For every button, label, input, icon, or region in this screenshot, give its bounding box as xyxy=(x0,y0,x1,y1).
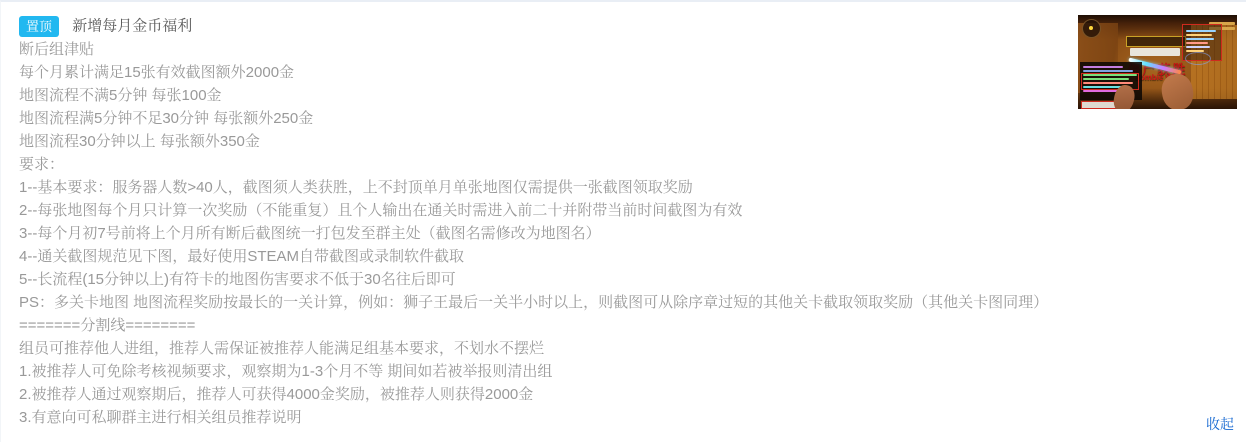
post-line: 每个月累计满足15张有效截图额外2000金 xyxy=(19,61,1079,84)
post-title: 新增每月金币福利 xyxy=(72,18,192,35)
divider-line: =======分割线======== xyxy=(19,314,1079,337)
post-line: 地图流程不满5分钟 每张100金 xyxy=(19,84,1079,107)
post-line: 地图流程30分钟以上 每张额外350金 xyxy=(19,130,1079,153)
post-card: 置顶 新增每月金币福利 断后组津贴 每个月累计满足15张有效截图额外2000金 … xyxy=(0,0,1246,442)
collapse-link[interactable]: 收起 xyxy=(1206,414,1234,434)
post-line: 2--每张地图每个月只计算一次奖励（不能重复）且个人输出在通关时需进入前二十并附… xyxy=(19,199,1079,222)
minimap-player-dot xyxy=(1089,26,1093,30)
post-line: 1--基本要求：服务器人数>40人，截图须人类获胜，上不封顶单月单张地图仅需提供… xyxy=(19,176,1079,199)
post-line: 4--通关截图规范见下图，最好使用STEAM自带截图或录制软件截取 xyxy=(19,245,1079,268)
post-line: 3.有意向可私聊群主进行相关组员推荐说明 xyxy=(19,406,1079,429)
post-line: 断后组津贴 xyxy=(19,38,1079,61)
post-line: 5--长流程(15分钟以上)有符卡的地图伤害要求不低于30名往后即可 xyxy=(19,268,1079,291)
post-line: 3--每个月初7号前将上个月所有断后截图统一打包发至群主处（截图名需修改为地图名… xyxy=(19,222,1079,245)
post-line: 1.被推荐人可免除考核视频要求，观察期为1-3个月不等 期间如若被举报则清出组 xyxy=(19,360,1079,383)
post-line: PS：多关卡地图 地图流程奖励按最长的一关计算，例如：狮子王最后一关半小时以上，… xyxy=(19,291,1079,314)
post-line: 2.被推荐人通过观察期后，推荐人可获得4000金奖励，被推荐人则获得2000金 xyxy=(19,383,1079,406)
post-line: 要求： xyxy=(19,153,1079,176)
thumb-score-bar xyxy=(1130,48,1180,56)
post-content: 置顶 新增每月金币福利 断后组津贴 每个月累计满足15张有效截图额外2000金 … xyxy=(19,14,1079,429)
post-line: 组员可推荐他人进组，推荐人需保证被推荐人能满足组基本要求，不划水不摆烂 xyxy=(19,337,1079,360)
pinned-badge: 置顶 xyxy=(19,16,59,37)
game-screenshot-thumbnail[interactable]: 僵尸获胜 Zombie Win xyxy=(1078,15,1237,109)
thumb-minimap xyxy=(1082,19,1101,38)
post-line: 地图流程满5分钟不足30分钟 每张额外250金 xyxy=(19,107,1079,130)
thumb-center-notice xyxy=(1126,36,1186,47)
post-title-line: 置顶 新增每月金币福利 xyxy=(19,14,1079,38)
